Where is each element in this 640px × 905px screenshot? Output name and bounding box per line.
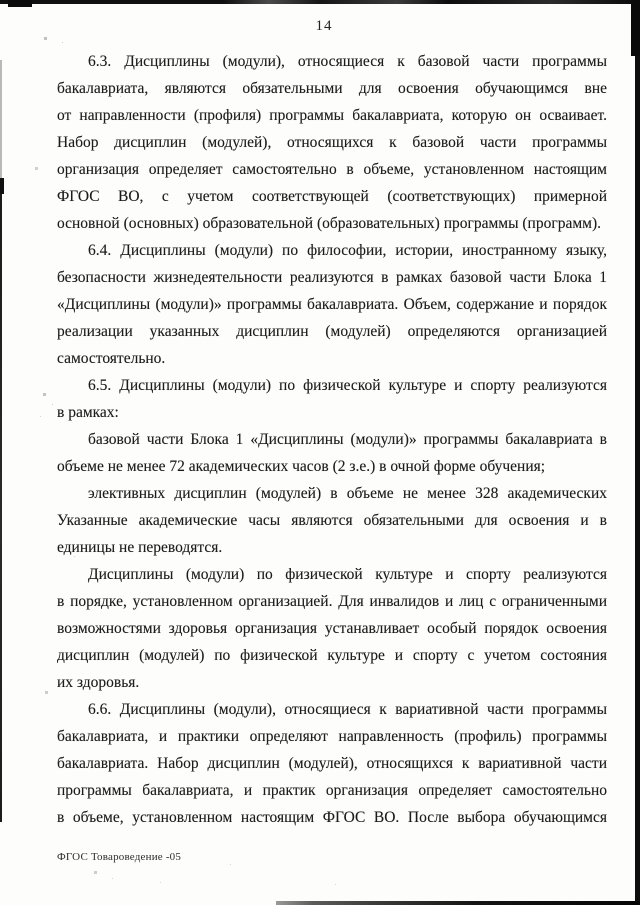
scan-artifact-left bbox=[0, 178, 4, 194]
text-line: реализации указанных дисциплин (модулей)… bbox=[57, 318, 607, 345]
page-number: 14 bbox=[57, 18, 591, 35]
scan-noise bbox=[0, 0, 1, 1]
text-line: безопасности жизнедеятельности реализуют… bbox=[57, 264, 607, 291]
text-line: в рамках: bbox=[57, 399, 607, 426]
scanned-document-page: 14 6.3. Дисциплины (модули), относящиеся… bbox=[0, 0, 640, 905]
text-line: в объеме, установленном настоящим ФГОС В… bbox=[57, 804, 607, 831]
scan-artifact-top-left bbox=[8, 0, 32, 7]
text-line: бакалавриата, являются обязательными для… bbox=[57, 75, 607, 102]
text-line: основной (основных) образовательной (обр… bbox=[57, 210, 607, 237]
text-line: 6.6. Дисциплины (модули), относящиеся к … bbox=[57, 696, 607, 723]
paragraph: базовой части Блока 1 «Дисциплины (модул… bbox=[57, 426, 607, 480]
text-line: «Дисциплины (модули)» программы бакалавр… bbox=[57, 291, 607, 318]
paragraph: 6.5. Дисциплины (модули) по физической к… bbox=[57, 372, 607, 426]
text-line: объеме не менее 72 академических часов (… bbox=[57, 453, 607, 480]
text-line: 6.5. Дисциплины (модули) по физической к… bbox=[57, 372, 607, 399]
scan-edge-top bbox=[0, 0, 640, 4]
scan-edge-left-dark bbox=[0, 178, 2, 822]
text-line: программы бакалавриата, и практик органи… bbox=[57, 777, 607, 804]
scan-edge-bottom bbox=[276, 901, 640, 905]
text-line: 6.3. Дисциплины (модули), относящиеся к … bbox=[57, 48, 607, 75]
paragraph: 6.3. Дисциплины (модули), относящиеся к … bbox=[57, 48, 607, 237]
text-line: базовой части Блока 1 «Дисциплины (модул… bbox=[57, 426, 607, 453]
text-line: Указанные академические часы являются об… bbox=[57, 507, 607, 534]
text-line: 6.4. Дисциплины (модули) по философии, и… bbox=[57, 237, 607, 264]
text-line: Набор дисциплин (модулей), относящихся к… bbox=[57, 129, 607, 156]
text-line: от направленности (профиля) программы ба… bbox=[57, 102, 607, 129]
text-line: бакалавриата, и практики определяют напр… bbox=[57, 723, 607, 750]
text-line: организация определяет самостоятельно в … bbox=[57, 156, 607, 183]
text-line: в порядке, установленном организацией. Д… bbox=[57, 588, 607, 615]
text-line: единицы не переводятся. bbox=[57, 534, 607, 561]
text-line: дисциплин (модулей) по физической культу… bbox=[57, 642, 607, 669]
text-line: бакалавриата. Набор дисциплин (модулей),… bbox=[57, 750, 607, 777]
text-line: возможностями здоровья организация устан… bbox=[57, 615, 607, 642]
paragraph: элективных дисциплин (модулей) в объеме … bbox=[57, 480, 607, 561]
scan-edge-left-light bbox=[0, 60, 2, 178]
paragraph: Дисциплины (модули) по физической культу… bbox=[57, 561, 607, 696]
paragraph: 6.4. Дисциплины (модули) по философии, и… bbox=[57, 237, 607, 372]
scan-edge-right bbox=[635, 0, 640, 905]
text-line: их здоровья. bbox=[57, 669, 607, 696]
scan-edge-right-top bbox=[631, 0, 640, 56]
text-line: Дисциплины (модули) по физической культу… bbox=[57, 561, 607, 588]
text-line: элективных дисциплин (модулей) в объеме … bbox=[57, 480, 607, 507]
text-line: самостоятельно. bbox=[57, 345, 607, 372]
text-line: ФГОС ВО, с учетом соответствующей (соотв… bbox=[57, 183, 607, 210]
footer-note: ФГОС Товароведение -05 bbox=[57, 851, 181, 863]
paragraph: 6.6. Дисциплины (модули), относящиеся к … bbox=[57, 696, 607, 831]
document-body-text: 6.3. Дисциплины (модули), относящиеся к … bbox=[57, 48, 607, 831]
